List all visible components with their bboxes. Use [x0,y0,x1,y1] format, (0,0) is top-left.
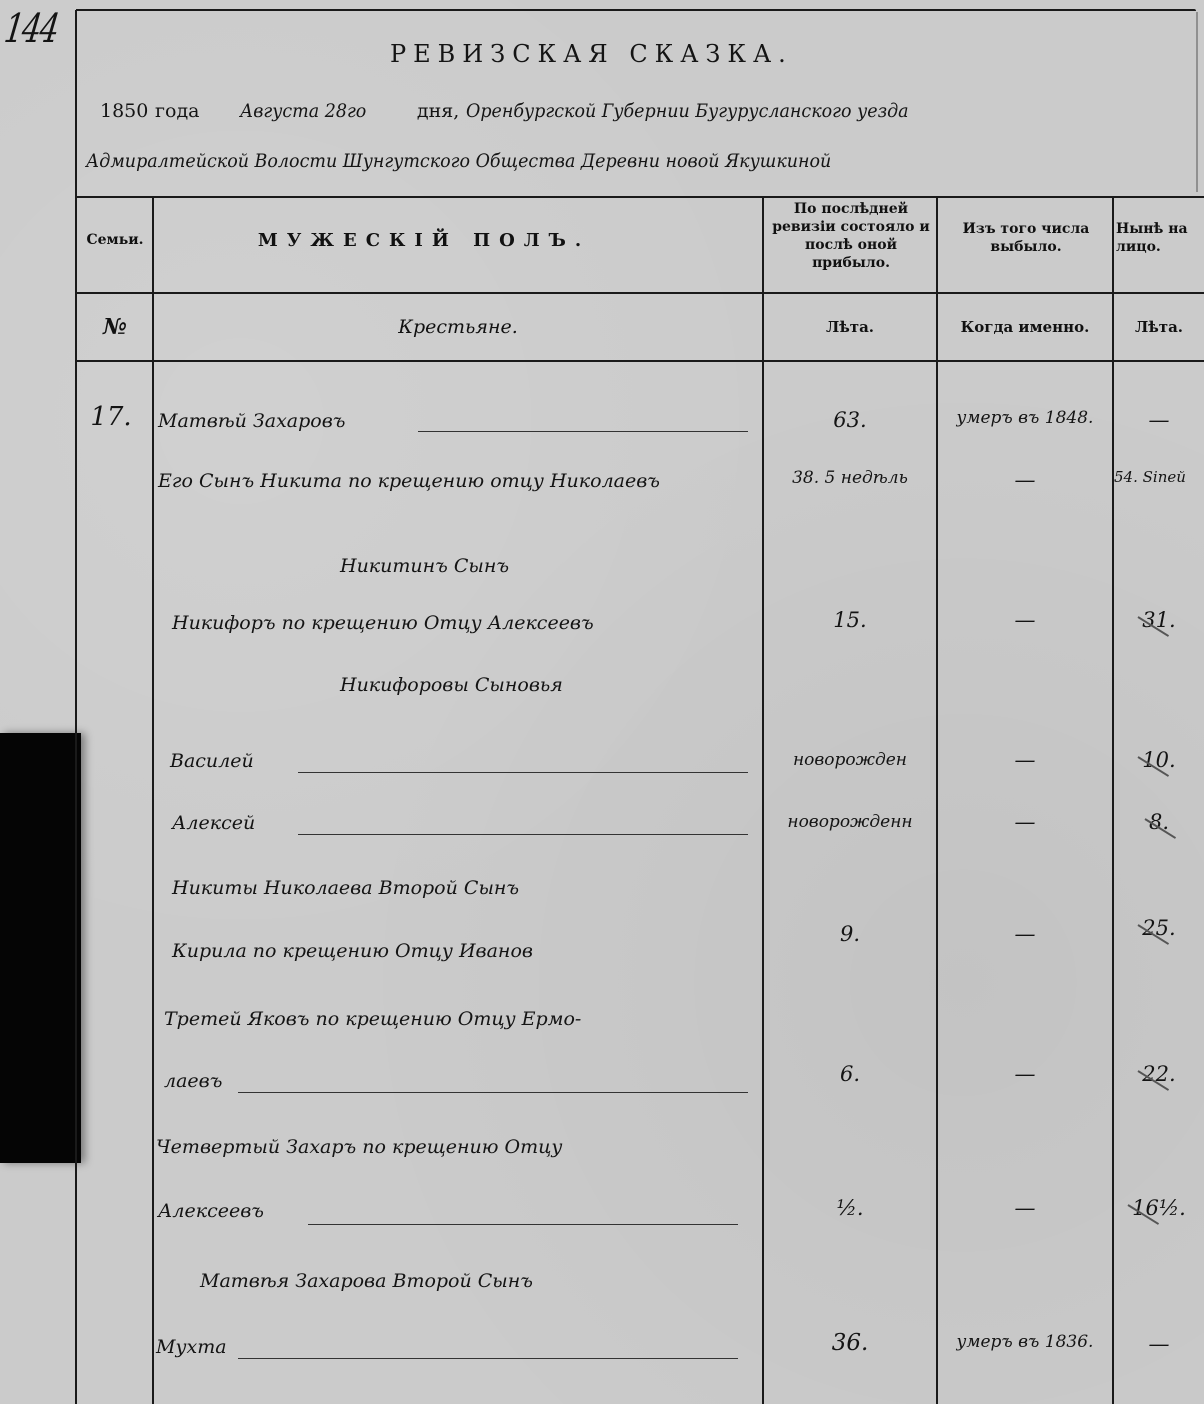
table-header-split-rule [76,292,1204,294]
departed-when: — [938,922,1112,946]
age-present: 31. [1114,608,1204,632]
person-name: Четвертый Захаръ по крещению Отцу [156,1136,562,1158]
subheader-peasants: Крестьяне. [154,316,762,338]
age-last-revision: новорожден [764,750,936,770]
age-present: 16½. [1114,1196,1204,1220]
person-name: Алексеевъ [158,1200,264,1222]
age-last-revision: 38. 5 недѣль [764,468,936,488]
departed-when: — [938,1196,1112,1220]
col-rule-family [152,196,154,1404]
departed-when: — [938,1062,1112,1086]
table-header-bottom-rule [76,360,1204,362]
person-name: Его Сынъ Никита по крещению отцу Николае… [158,470,660,492]
month-day: Августа 28го [240,100,366,122]
person-name: Никифоръ по крещению Отцу Алексеевъ [172,612,594,634]
header-line-date: 1850 года Августа 28го дня, Оренбургской… [100,98,947,122]
page-number: 144 [2,6,61,52]
subheader-years-last: Лѣта. [764,318,936,336]
frame-top-border [76,9,1196,11]
age-last-revision: 15. [764,608,936,632]
age-present: — [1114,408,1204,432]
age-present: 8. [1114,810,1204,834]
col-header-last-revision: По послѣдней ревизіи состояло и послѣ он… [766,200,936,272]
age-last-revision: 9. [764,922,936,946]
person-name: Никитинъ Сынъ [340,555,509,577]
departed-when: — [938,608,1112,632]
age-last-revision: 36. [764,1330,936,1356]
subheader-years-present: Лѣта. [1114,318,1204,336]
person-name: Никифоровы Сыновья [340,674,563,696]
col-header-present: Нынѣ на лицо. [1116,220,1204,256]
person-name: Кирила по крещению Отцу Иванов [172,940,533,962]
person-name: Никиты Николаева Второй Сынъ [172,877,519,899]
col-rule-male [762,196,764,1404]
age-present: 25. [1114,916,1204,940]
person-name: Третей Яковъ по крещению Отцу Ермо- [164,1008,581,1030]
family-number: 17. [86,402,136,432]
filler-dash [238,1358,738,1359]
departed-when: умеръ въ 1836. [938,1332,1112,1352]
frame-left-border [75,10,77,1404]
col-header-family: Семьи. [78,232,152,248]
age-present: — [1114,1332,1204,1356]
age-present: 54. Sineй [1114,468,1204,486]
year-label: года [155,100,199,122]
person-name: лаевъ [164,1070,222,1092]
table-top-rule [76,196,1204,198]
filler-dash [298,772,748,773]
document-title: РЕВИЗСКАЯ СКАЗКА. [390,40,793,68]
filler-dash [418,431,748,432]
age-present: 10. [1114,748,1204,772]
subheader-when: Когда именно. [938,318,1112,336]
volost-village: Адмиралтейской Волости Шунгутского Общес… [86,150,831,172]
person-name: Матвѣй Захаровъ [158,410,345,432]
year: 1850 [100,100,148,122]
age-present: 22. [1114,1062,1204,1086]
province-district: Оренбургской Губернии Бугурусланского уе… [466,100,909,122]
age-last-revision: 6. [764,1062,936,1086]
filler-dash [308,1224,738,1225]
age-last-revision: 63. [764,408,936,432]
person-name: Алексей [172,812,255,834]
departed-when: — [938,810,1112,834]
person-name: Матвѣя Захарова Второй Сынъ [200,1270,533,1292]
col-header-departed: Изъ того числа выбыло. [940,220,1112,256]
departed-when: — [938,468,1112,492]
filler-dash [298,834,748,835]
departed-when: умеръ въ 1848. [938,408,1112,428]
age-last-revision: ½. [764,1196,936,1220]
census-page: 144 РЕВИЗСКАЯ СКАЗКА. 1850 года Августа … [0,0,1204,1404]
filler-dash [238,1092,748,1093]
person-name: Мухта [156,1336,227,1358]
col-header-male: МУЖЕСКІЙ ПОЛЪ. [154,230,694,251]
scan-edge-black-bar [0,733,81,1163]
col-rule-departed [1112,196,1114,1404]
person-name: Василей [170,750,254,772]
age-last-revision: новорожденн [764,812,936,832]
day-label: дня, [417,100,459,122]
frame-right-border [1196,12,1198,192]
departed-when: — [938,748,1112,772]
header-line-location: Адмиралтейской Волости Шунгутского Общес… [86,148,896,172]
col-rule-last-revision [936,196,938,1404]
subheader-number: № [78,314,152,340]
